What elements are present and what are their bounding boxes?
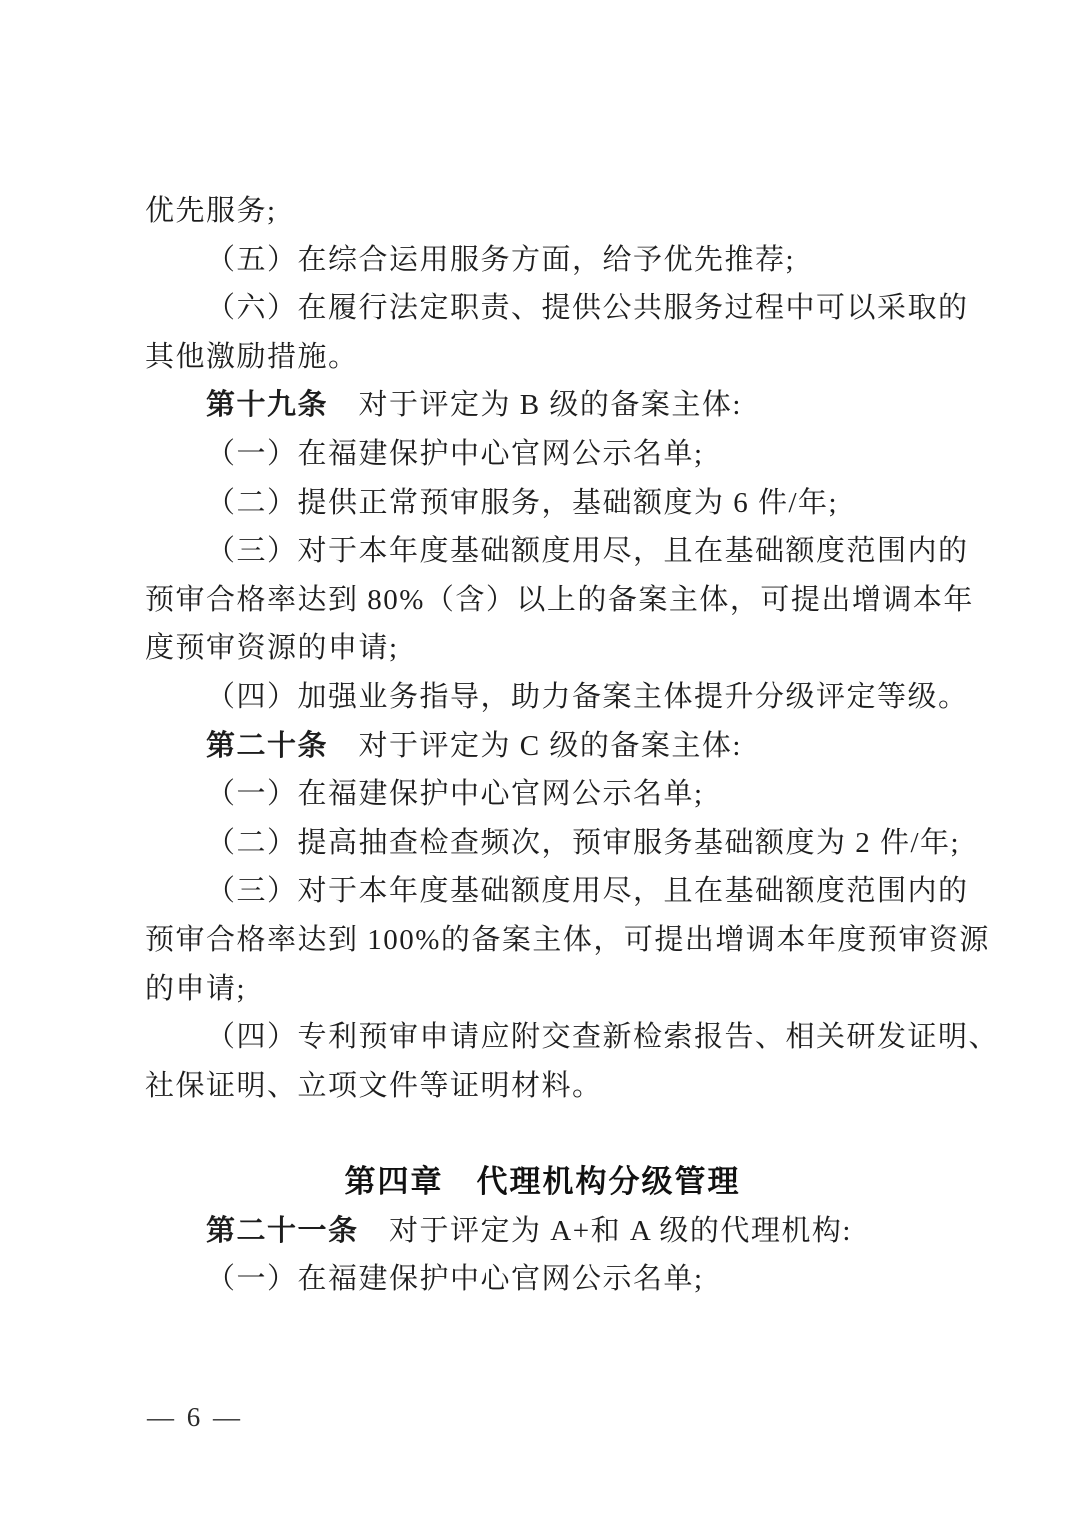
article-21-line: 第二十一条 对于评定为 A+和 A 级的代理机构: [145, 1207, 940, 1256]
article-21-text: 对于评定为 A+和 A 级的代理机构: [359, 1215, 852, 1247]
article-20-text: 对于评定为 C 级的备案主体: [328, 730, 742, 762]
body-line: （一）在福建保护中心官网公示名单; [145, 1255, 940, 1304]
body-line: （四）专利预审申请应附交查新检索报告、相关研发证明、 [145, 1013, 940, 1062]
body-line: 其他激励措施。 [145, 333, 940, 382]
body-line: （二）提供正常预审服务，基础额度为 6 件/年; [145, 479, 940, 528]
chapter-4-heading: 第四章 代理机构分级管理 [145, 1158, 940, 1207]
document-body: 优先服务; （五）在综合运用服务方面，给予优先推荐; （六）在履行法定职责、提供… [145, 187, 940, 1304]
body-line: （四）加强业务指导，助力备案主体提升分级评定等级。 [145, 673, 940, 722]
body-line: 预审合格率达到 100%的备案主体，可提出增调本年度预审资源 [145, 916, 940, 965]
article-20-line: 第二十条 对于评定为 C 级的备案主体: [145, 722, 940, 771]
body-line: 优先服务; [145, 187, 940, 236]
body-line: 的申请; [145, 965, 940, 1014]
body-line: （二）提高抽查检查频次，预审服务基础额度为 2 件/年; [145, 819, 940, 868]
page-number: — 6 — [147, 1402, 243, 1433]
article-19-line: 第十九条 对于评定为 B 级的备案主体: [145, 381, 940, 430]
body-line: 预审合格率达到 80%（含）以上的备案主体，可提出增调本年 [145, 576, 940, 625]
body-line: （五）在综合运用服务方面，给予优先推荐; [145, 236, 940, 285]
body-line: （三）对于本年度基础额度用尽，且在基础额度范围内的 [145, 867, 940, 916]
body-line: （一）在福建保护中心官网公示名单; [145, 430, 940, 479]
body-line: （一）在福建保护中心官网公示名单; [145, 770, 940, 819]
body-line: （六）在履行法定职责、提供公共服务过程中可以采取的 [145, 284, 940, 333]
body-line: 社保证明、立项文件等证明材料。 [145, 1062, 940, 1111]
article-20-number: 第二十条 [206, 730, 328, 762]
body-line: 度预审资源的申请; [145, 624, 940, 673]
article-21-number: 第二十一条 [206, 1215, 359, 1247]
article-19-number: 第十九条 [206, 389, 328, 421]
body-line: （三）对于本年度基础额度用尽，且在基础额度范围内的 [145, 527, 940, 576]
article-19-text: 对于评定为 B 级的备案主体: [328, 389, 742, 421]
document-page: 优先服务; （五）在综合运用服务方面，给予优先推荐; （六）在履行法定职责、提供… [0, 0, 1080, 1526]
